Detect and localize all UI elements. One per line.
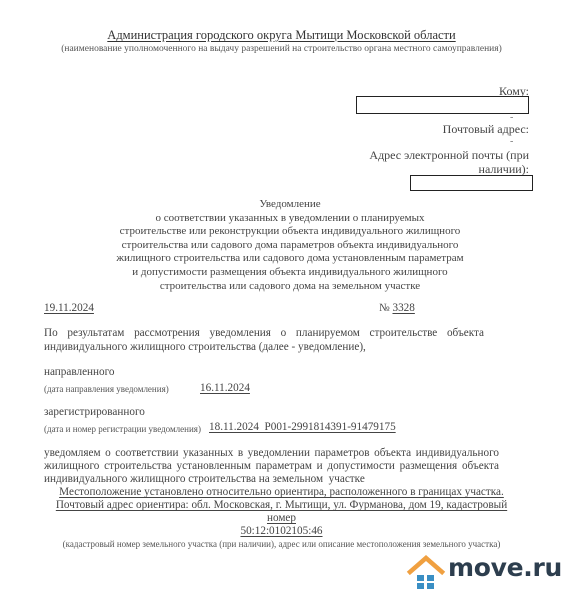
intro-line2: индивидуального жилищного строительства …: [44, 341, 366, 353]
cadastral-number: 50:12:0102105:46: [0, 525, 563, 537]
notify-line3: индивидуального жилищного строительства …: [44, 473, 365, 485]
house-icon: [406, 553, 446, 591]
registered-caption: (дата и номер регистрации уведомления): [44, 424, 201, 434]
location-line3: номер: [0, 512, 563, 524]
authority-name: Администрация городского округа Мытищи М…: [0, 28, 563, 43]
intro-line1: По результатам рассмотрения уведомления …: [44, 327, 484, 339]
registered-value: 18.11.2024 P001-2991814391-91479175: [209, 421, 396, 433]
authority-caption: (наименование уполномоченного на выдачу …: [0, 44, 563, 54]
title-line: жилищного строительства или садового дом…: [100, 252, 480, 266]
email-label-line1: Адрес электронной почты (при: [369, 148, 529, 163]
brand-name: move.ru: [448, 553, 562, 582]
recipient-redacted-field: [356, 96, 529, 114]
title-line: строительства или садового дома параметр…: [100, 239, 480, 253]
number-value: 3328: [392, 302, 414, 314]
postal-dash: -: [510, 136, 513, 147]
location-caption: (кадастровый номер земельного участка (п…: [0, 539, 563, 549]
location-line2: Почтовый адрес ориентира: обл. Московска…: [0, 499, 563, 511]
title-line: и допустимости размещения объекта индиви…: [100, 266, 480, 280]
number-label: №: [379, 302, 390, 314]
document-number: № 3328: [379, 302, 415, 314]
document-date: 19.11.2024: [44, 302, 94, 314]
location-line1: Местоположение установлено относительно …: [0, 486, 563, 498]
postal-address-label: Почтовый адрес:: [443, 122, 529, 137]
sent-date: 16.11.2024: [200, 382, 250, 394]
title-line: о соответствии указанных в уведомлении о…: [100, 212, 480, 226]
title-line: строительстве или реконструкции объекта …: [100, 225, 480, 239]
sent-label: направленного: [44, 366, 115, 378]
notify-line1: уведомляем о соответствии указанных в ув…: [44, 447, 499, 459]
authority-text: Администрация городского округа Мытищи М…: [107, 28, 455, 42]
registered-label: зарегистрированного: [44, 406, 145, 418]
move-ru-watermark: move.ru: [406, 553, 556, 593]
title-line: строительства или садового дома на земел…: [100, 280, 480, 294]
notice-title: Уведомление о соответствии указанных в у…: [100, 198, 480, 293]
sent-caption: (дата направления уведомления): [44, 384, 169, 394]
notify-line2: жилищного строительства установленным па…: [44, 460, 499, 472]
title-line: Уведомление: [100, 198, 480, 212]
email-redacted-field: [410, 175, 533, 191]
